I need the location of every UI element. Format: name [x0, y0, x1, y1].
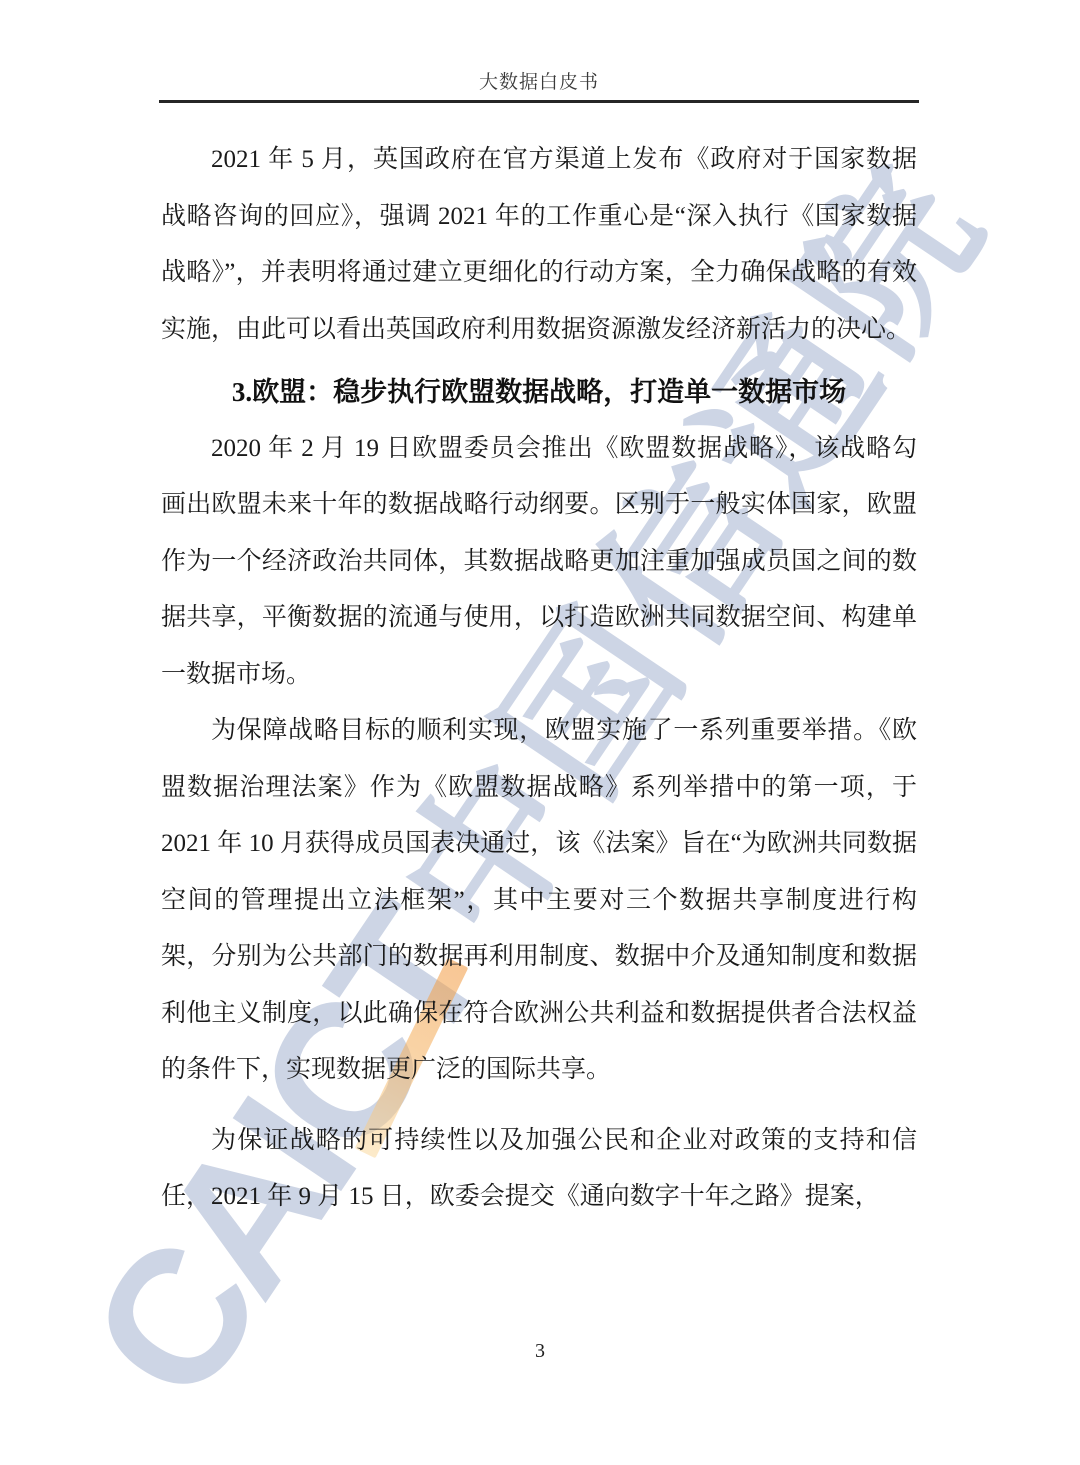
document-page: CAICT 中国信通院 大数据白皮书 2021 年 5 月，英国政府在官方渠道上…: [0, 0, 1080, 1465]
page-number: 3: [0, 1340, 1080, 1363]
header-divider-line: [159, 100, 919, 103]
page-footer: 3: [0, 1340, 1080, 1363]
paragraph-digital-decade: 为保证战略的可持续性以及加强公民和企业对政策的支持和信任，2021 年 9 月 …: [161, 1113, 917, 1226]
running-header-title: 大数据白皮书: [159, 0, 919, 95]
paragraph-uk-strategy: 2021 年 5 月，英国政府在官方渠道上发布《政府对于国家数据战略咨询的回应》…: [161, 132, 917, 358]
section-heading-eu: 3.欧盟：稳步执行欧盟数据战略，打造单一数据市场: [161, 364, 917, 421]
page-header: 大数据白皮书: [159, 0, 919, 103]
paragraph-eu-governance-act: 为保障战略目标的顺利实现，欧盟实施了一系列重要举措。《欧盟数据治理法案》作为《欧…: [161, 703, 917, 1099]
document-body: 2021 年 5 月，英国政府在官方渠道上发布《政府对于国家数据战略咨询的回应》…: [161, 132, 917, 1226]
paragraph-eu-strategy: 2020 年 2 月 19 日欧盟委员会推出《欧盟数据战略》，该战略勾画出欧盟未…: [161, 421, 917, 704]
